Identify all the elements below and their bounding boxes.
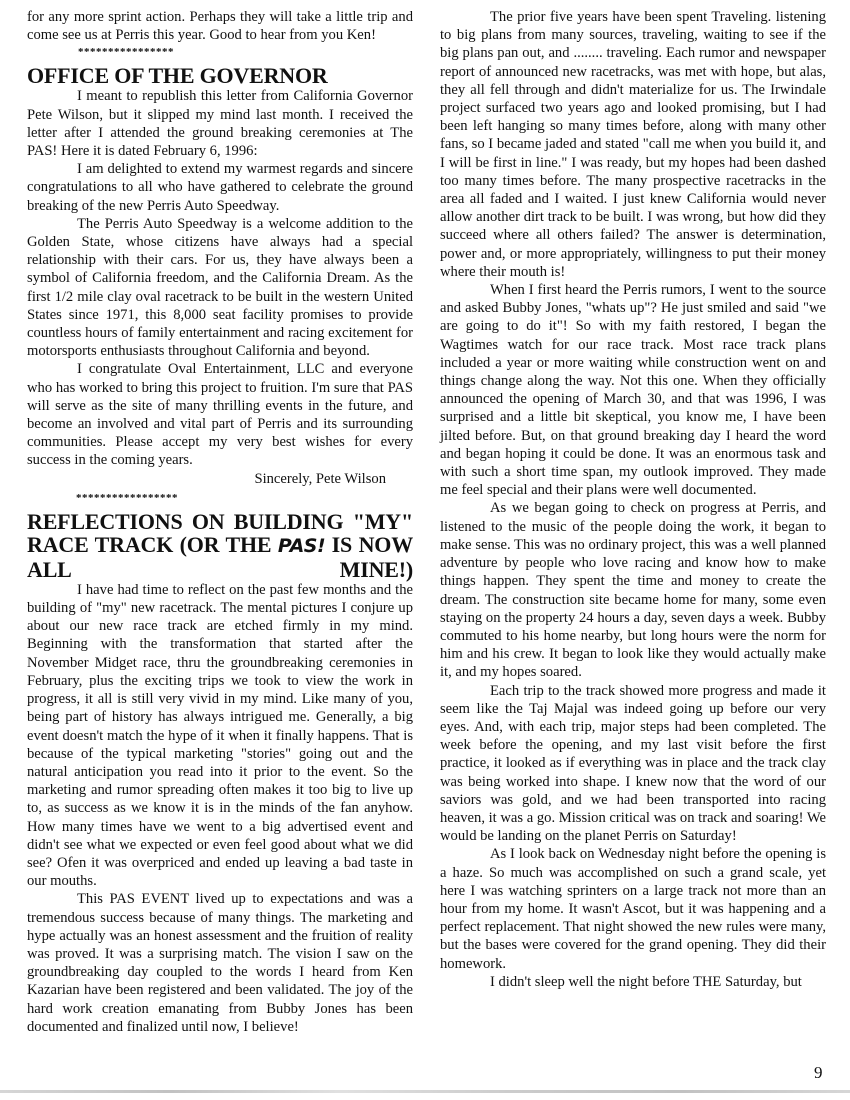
article-paragraph: I didn't sleep well the night before THE… [440, 973, 826, 991]
governor-paragraph: I am delighted to extend my warmest rega… [27, 160, 413, 215]
governor-paragraph: I congratulate Oval Entertainment, LLC a… [27, 360, 413, 469]
article-paragraph: Each trip to the track showed more progr… [440, 682, 826, 846]
governor-paragraph: The Perris Auto Speedway is a welcome ad… [27, 215, 413, 361]
governor-paragraph: I meant to republish this letter from Ca… [27, 87, 413, 160]
newsletter-page: for any more sprint action. Perhaps they… [0, 0, 850, 1100]
right-column: The prior five years have been spent Tra… [440, 8, 826, 991]
page-number: 9 [814, 1063, 823, 1083]
asterisk-separator: **************** [27, 44, 413, 60]
left-column: for any more sprint action. Perhaps they… [27, 8, 413, 1036]
asterisk-separator: ***************** [27, 490, 413, 506]
article-paragraph: When I first heard the Perris rumors, I … [440, 281, 826, 499]
pas-logo: PAS! [278, 535, 325, 557]
article-paragraph: As I look back on Wednesday night before… [440, 845, 826, 972]
reflections-heading: REFLECTIONS ON BUILDING "MY" RACE TRACK … [27, 510, 413, 581]
article-paragraph: As we began going to check on progress a… [440, 499, 826, 681]
letter-signoff: Sincerely, Pete Wilson [27, 470, 413, 488]
intro-paragraph: for any more sprint action. Perhaps they… [27, 8, 413, 44]
article-paragraph: The prior five years have been spent Tra… [440, 8, 826, 281]
scan-edge-divider [0, 1090, 850, 1093]
reflections-paragraph: I have had time to reflect on the past f… [27, 581, 413, 890]
reflections-paragraph: This PAS EVENT lived up to expectations … [27, 890, 413, 1036]
governor-heading: OFFICE OF THE GOVERNOR [27, 64, 413, 87]
